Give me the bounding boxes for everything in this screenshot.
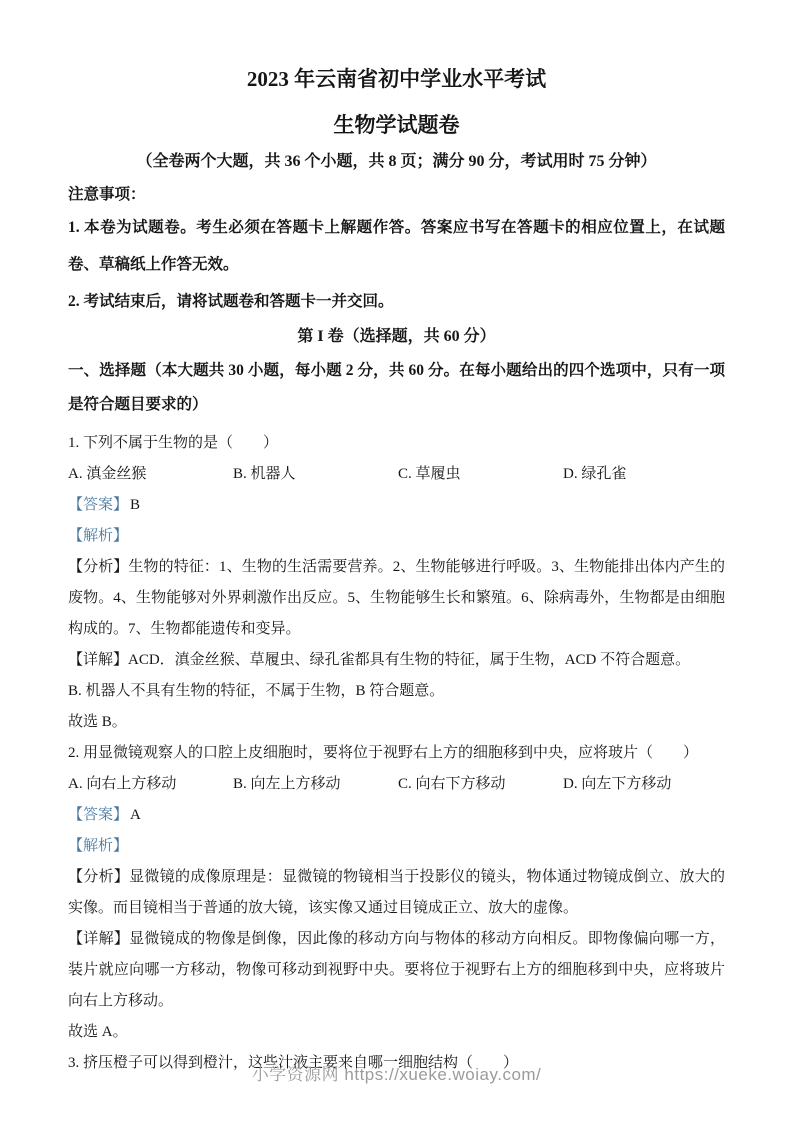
- question-2-options: A. 向右上方移动 B. 向左上方移动 C. 向右下方移动 D. 向左下方移动: [68, 769, 725, 800]
- page-content: 2023 年云南省初中学业水平考试 生物学试题卷 （全卷两个大题，共 36 个小…: [0, 0, 793, 1079]
- question-2-option-c: C. 向右下方移动: [398, 769, 563, 800]
- question-1-detail-1-text: ACD．滇金丝猴、草履虫、绿孔雀都具有生物的特征，属于生物，ACD 不符合题意。: [128, 652, 690, 668]
- question-2-answer: A: [130, 807, 141, 823]
- exam-paper-page: 2023 年云南省初中学业水平考试 生物学试题卷 （全卷两个大题，共 36 个小…: [0, 0, 793, 1122]
- question-1-detail-2: B. 机器人不具有生物的特征，不属于生物，B 符合题意。: [68, 676, 725, 707]
- question-1-option-d: D. 绿孔雀: [563, 459, 725, 490]
- questions-area: 1. 下列不属于生物的是（ ） A. 滇金丝猴 B. 机器人 C. 草履虫 D.…: [68, 428, 725, 1079]
- question-1-option-a: A. 滇金丝猴: [68, 459, 233, 490]
- question-2-analysis: 【分析】显微镜的成像原理是：显微镜的物镜相当于投影仪的镜头，物体通过物镜成倒立、…: [68, 862, 725, 924]
- question-1-conclusion: 故选 B。: [68, 707, 725, 738]
- exam-subtitle: 生物学试题卷: [68, 110, 725, 140]
- question-2-option-a: A. 向右上方移动: [68, 769, 233, 800]
- explanation-label: 【解析】: [68, 528, 128, 544]
- answer-label: 【答案】: [68, 807, 128, 823]
- question-1-option-b: B. 机器人: [233, 459, 398, 490]
- note-item-2: 2. 考试结束后，请将试题卷和答题卡一并交回。: [68, 283, 725, 320]
- explanation-label: 【解析】: [68, 838, 128, 854]
- detail-label: 【详解】: [68, 931, 129, 947]
- question-2-option-b: B. 向左上方移动: [233, 769, 398, 800]
- question-1-answer: B: [130, 497, 140, 513]
- question-1-analysis: 【分析】生物的特征：1、生物的生活需要营养。2、生物能够进行呼吸。3、生物能排出…: [68, 552, 725, 645]
- question-2-answer-line: 【答案】A: [68, 800, 725, 831]
- question-1-answer-line: 【答案】B: [68, 490, 725, 521]
- question-2-analysis-text: 显微镜的成像原理是：显微镜的物镜相当于投影仪的镜头，物体通过物镜成倒立、放大的实…: [68, 869, 725, 916]
- question-2-stem: 2. 用显微镜观察人的口腔上皮细胞时，要将位于视野右上方的细胞移到中央，应将玻片…: [68, 738, 725, 769]
- analysis-label: 【分析】: [68, 869, 129, 885]
- question-1-analysis-text: 生物的特征：1、生物的生活需要营养。2、生物能够进行呼吸。3、生物能排出体内产生…: [68, 559, 725, 637]
- question-2: 2. 用显微镜观察人的口腔上皮细胞时，要将位于视野右上方的细胞移到中央，应将玻片…: [68, 738, 725, 1048]
- detail-label: 【详解】: [68, 652, 128, 668]
- exam-title: 2023 年云南省初中学业水平考试: [68, 64, 725, 94]
- question-1-option-c: C. 草履虫: [398, 459, 563, 490]
- question-2-detail-1-text: 显微镜成的物像是倒像，因此像的移动方向与物体的移动方向相反。即物像偏向哪一方，装…: [68, 931, 725, 1009]
- notes-heading: 注意事项：: [68, 181, 725, 209]
- answer-label: 【答案】: [68, 497, 128, 513]
- section-heading: 一、选择题（本大题共 30 小题，每小题 2 分，共 60 分。在每小题给出的四…: [68, 354, 725, 422]
- question-1-detail-1: 【详解】ACD．滇金丝猴、草履虫、绿孔雀都具有生物的特征，属于生物，ACD 不符…: [68, 645, 725, 676]
- question-1: 1. 下列不属于生物的是（ ） A. 滇金丝猴 B. 机器人 C. 草履虫 D.…: [68, 428, 725, 738]
- note-item-1: 1. 本卷为试题卷。考生必须在答题卡上解题作答。答案应书写在答题卡的相应位置上，…: [68, 209, 725, 283]
- question-2-explanation-line: 【解析】: [68, 831, 725, 862]
- exam-meta-line: （全卷两个大题，共 36 个小题，共 8 页；满分 90 分，考试用时 75 分…: [68, 149, 725, 175]
- volume-heading: 第 I 卷（选择题，共 60 分）: [68, 322, 725, 352]
- question-2-detail-1: 【详解】显微镜成的物像是倒像，因此像的移动方向与物体的移动方向相反。即物像偏向哪…: [68, 924, 725, 1017]
- question-2-conclusion: 故选 A。: [68, 1017, 725, 1048]
- footer-watermark: 小学资源网 https://xueke.woiay.com/: [0, 1060, 793, 1085]
- question-1-explanation-line: 【解析】: [68, 521, 725, 552]
- question-2-option-d: D. 向左下方移动: [563, 769, 725, 800]
- question-1-options: A. 滇金丝猴 B. 机器人 C. 草履虫 D. 绿孔雀: [68, 459, 725, 490]
- question-1-stem: 1. 下列不属于生物的是（ ）: [68, 428, 725, 459]
- analysis-label: 【分析】: [68, 559, 128, 575]
